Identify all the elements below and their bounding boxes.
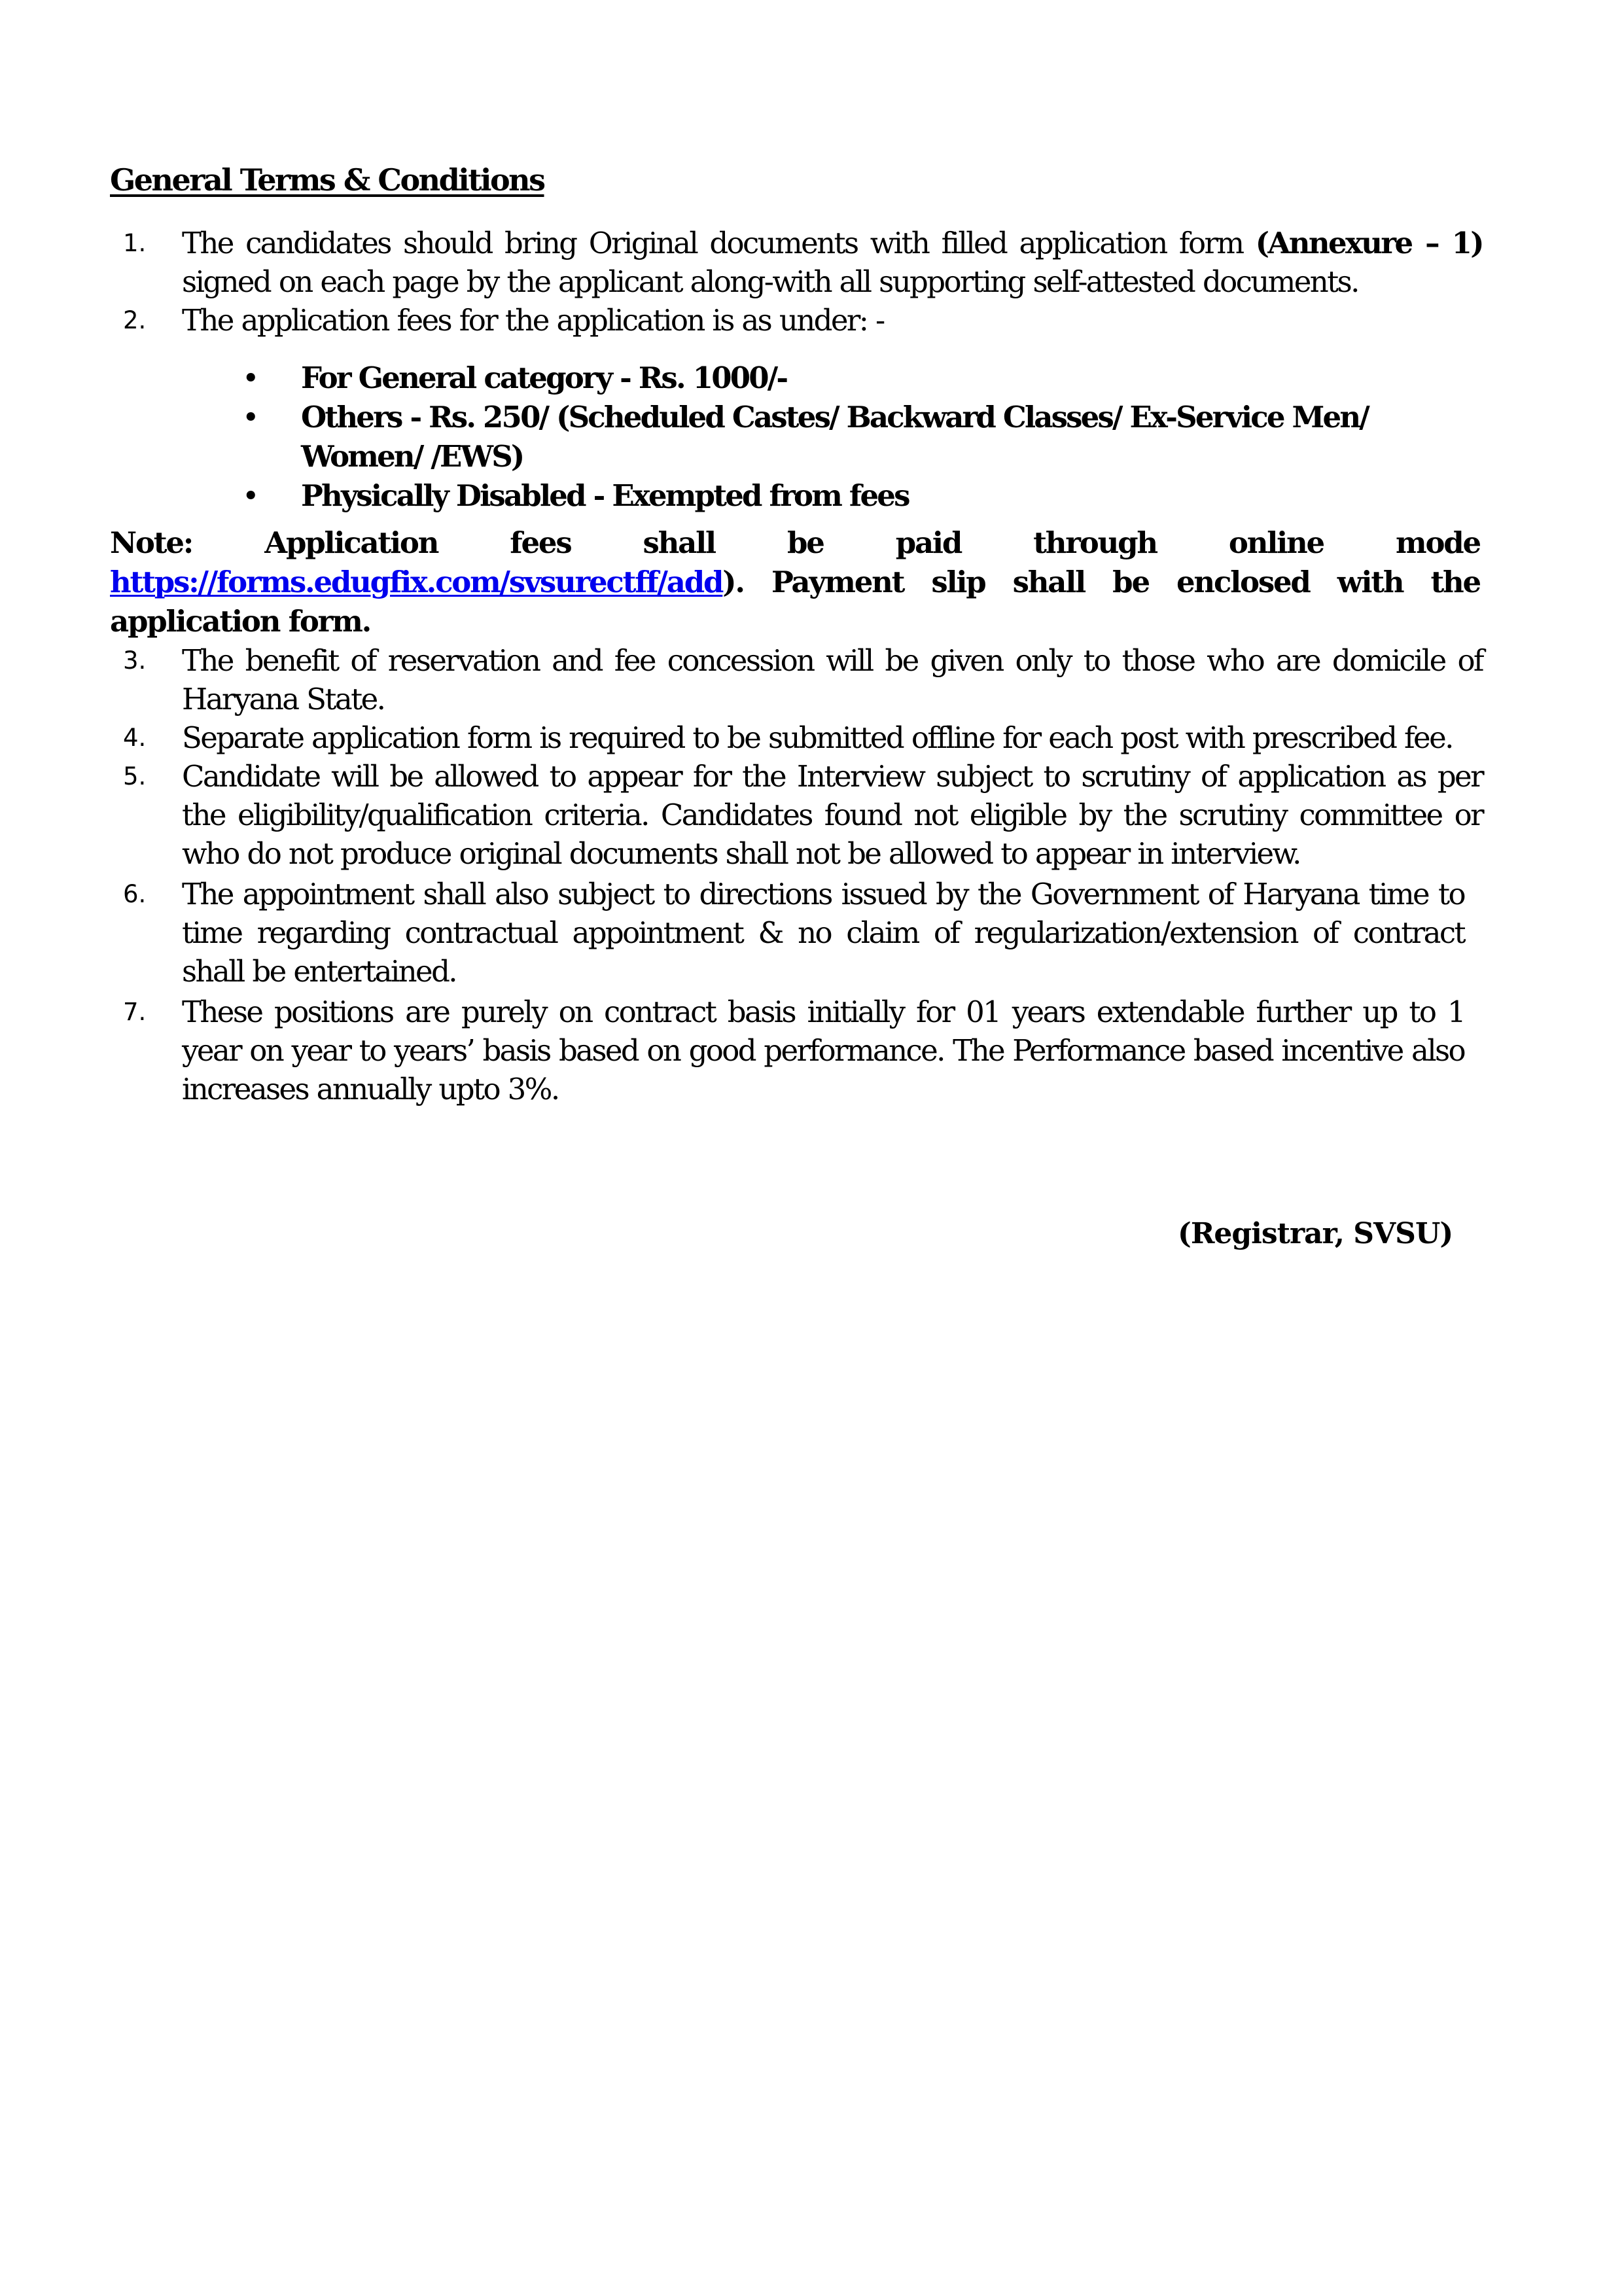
note-word: Note: [110, 523, 192, 563]
item-text-part: The candidates should bring Original doc… [182, 226, 1256, 260]
note-first-line: Note: Application fees shall be paid thr… [110, 523, 1480, 563]
payment-note: Note: Application fees shall be paid thr… [110, 523, 1480, 641]
payment-link[interactable]: https://forms.edugfix.com/svsurectff/add [110, 565, 722, 599]
item-text: The benefit of reservation and fee conce… [182, 641, 1483, 718]
document-page: General Terms & Conditions 1. The candid… [0, 0, 1624, 2296]
list-item: 4. Separate application form is required… [123, 718, 1483, 758]
item-text: These positions are purely on contract b… [182, 993, 1464, 1108]
item-number: 6. [123, 875, 146, 913]
fee-list: • For General category - Rs. 1000/- • Ot… [242, 359, 1485, 516]
item-text: Separate application form is required to… [182, 718, 1483, 757]
item-text: The candidates should bring Original doc… [182, 224, 1483, 301]
list-item: 1. The candidates should bring Original … [123, 224, 1483, 302]
item-number: 4. [123, 718, 146, 757]
signature: (Registrar, SVSU) [1178, 1217, 1453, 1250]
note-word: be [787, 523, 824, 563]
note-word: online [1229, 523, 1324, 563]
bullet-icon: • [242, 476, 258, 516]
note-word: fees [510, 523, 571, 563]
note-word: shall [643, 523, 715, 563]
fee-text: Physically Disabled - Exempted from fees [301, 478, 909, 513]
bullet-icon: • [242, 398, 258, 437]
item-text-part: signed on each page by the applicant alo… [182, 264, 1358, 299]
fee-text: Others - Rs. 250/ (Scheduled Castes/ Bac… [301, 398, 1453, 476]
item-number: 5. [123, 757, 146, 796]
fee-item: • Physically Disabled - Exempted from fe… [242, 476, 1485, 516]
item-number: 7. [123, 993, 146, 1031]
list-item: 3. The benefit of reservation and fee co… [123, 641, 1483, 720]
note-word: Application [264, 523, 438, 563]
item-number: 2. [123, 301, 146, 340]
item-number: 3. [123, 641, 146, 680]
fee-text: For General category - Rs. 1000/- [301, 361, 786, 395]
annexure-label: (Annexure – 1) [1256, 226, 1483, 260]
note-word: through [1033, 523, 1157, 563]
note-rest: https://forms.edugfix.com/svsurectff/add… [110, 563, 1480, 641]
item-number: 1. [123, 224, 146, 262]
list-item: 7. These positions are purely on contrac… [123, 993, 1464, 1110]
list-item: 5. Candidate will be allowed to appear f… [123, 757, 1483, 875]
list-item: 2. The application fees for the applicat… [123, 301, 1483, 340]
fee-item: • Others - Rs. 250/ (Scheduled Castes/ B… [242, 398, 1485, 476]
bullet-icon: • [242, 359, 258, 398]
note-word: mode [1396, 523, 1480, 563]
note-word: paid [896, 523, 961, 563]
list-item: 6. The appointment shall also subject to… [123, 875, 1464, 993]
item-text: The appointment shall also subject to di… [182, 875, 1464, 991]
item-text: Candidate will be allowed to appear for … [182, 757, 1483, 873]
fee-item: • For General category - Rs. 1000/- [242, 359, 1485, 398]
page-title: General Terms & Conditions [110, 162, 544, 198]
item-text: The application fees for the application… [182, 301, 1483, 340]
